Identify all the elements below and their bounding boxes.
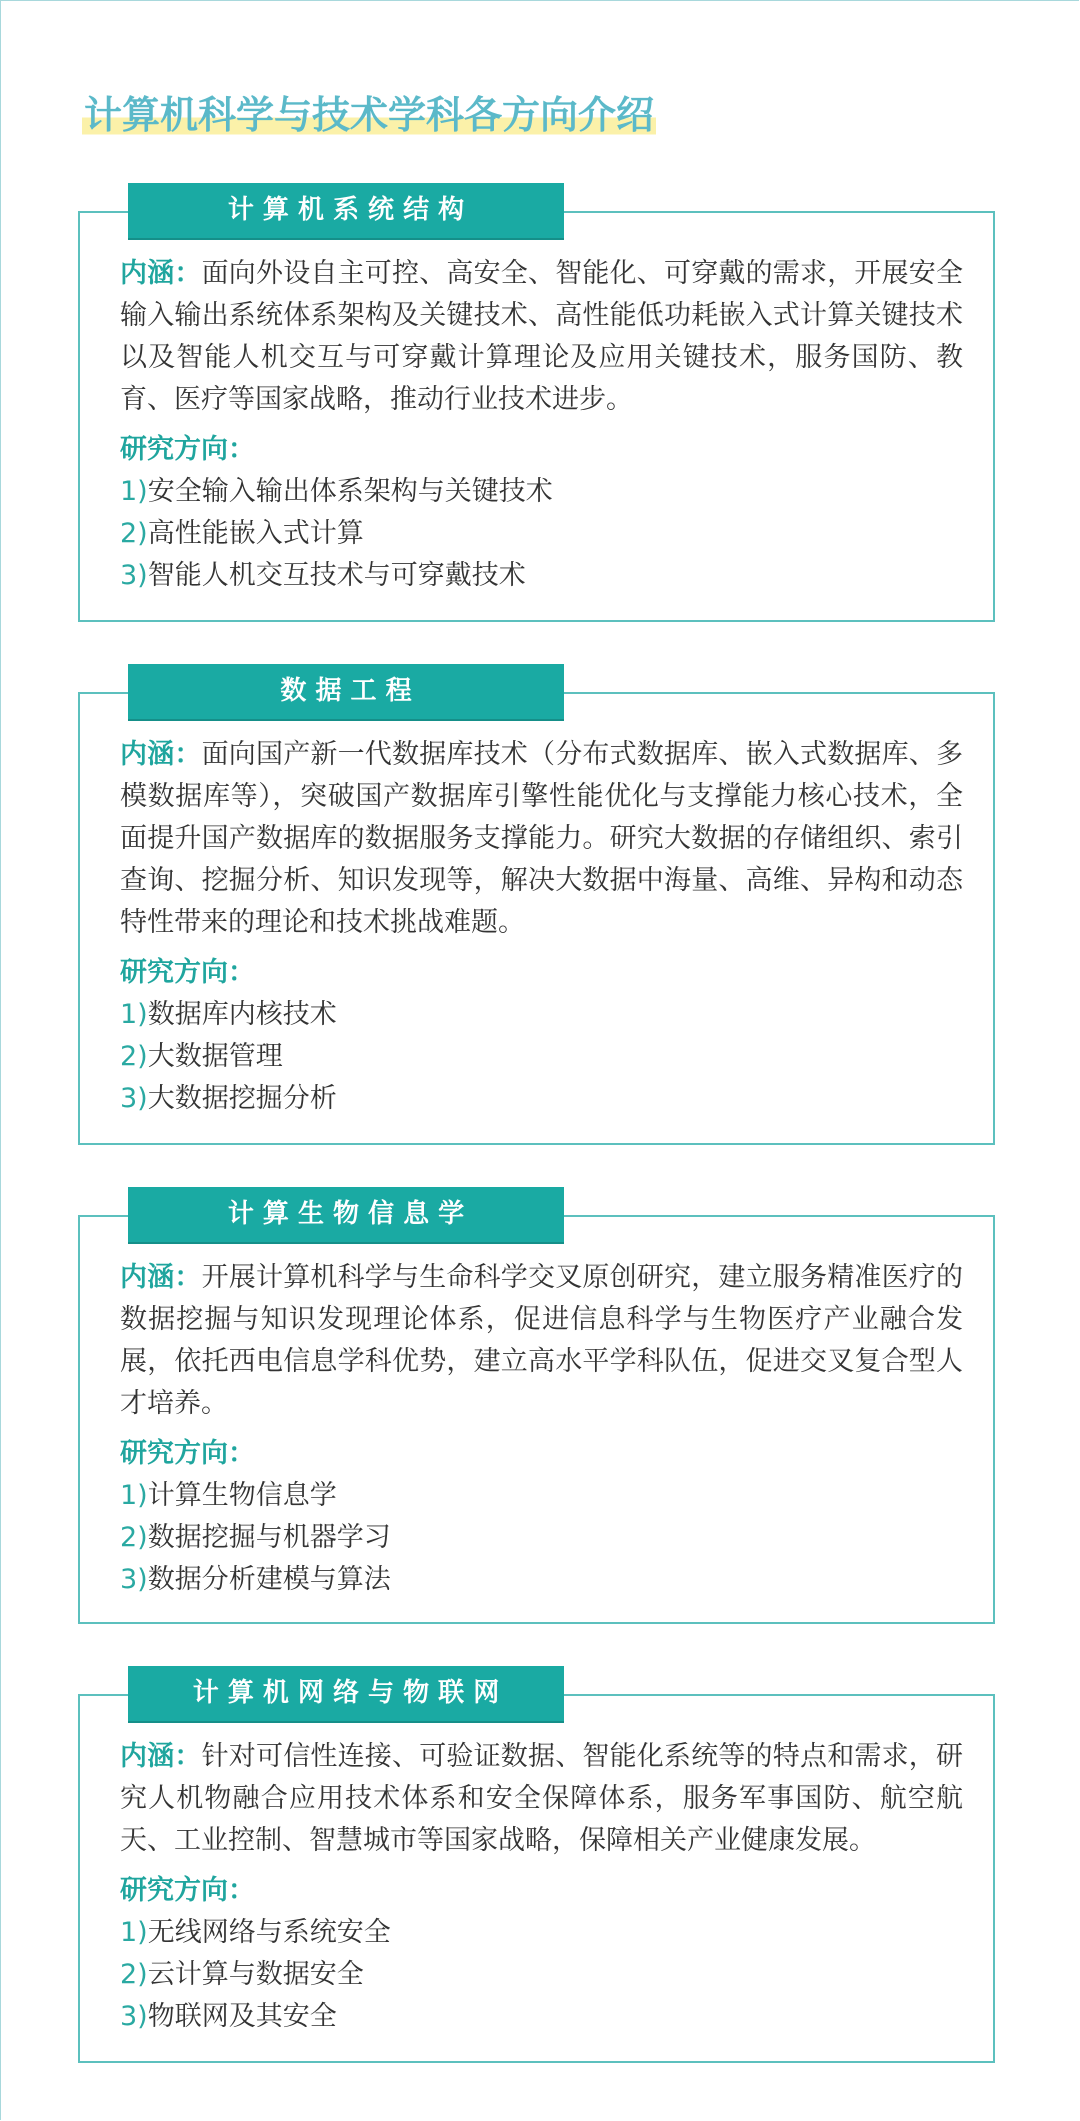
section-body: 内涵：开展计算机科学与生命科学交叉原创研究，建立服务精准医疗的数据挖掘与知识发现…	[120, 1257, 963, 1601]
direction-number: 2)	[120, 1959, 148, 1990]
direction-item: 3)数据分析建模与算法	[120, 1559, 963, 1601]
direction-item: 1)计算生物信息学	[120, 1475, 963, 1517]
connotation-label: 内涵：	[120, 739, 202, 770]
directions-list: 1)计算生物信息学 2)数据挖掘与机器学习 3)数据分析建模与算法	[120, 1475, 963, 1601]
direction-item: 2)数据挖掘与机器学习	[120, 1517, 963, 1559]
description-text: 开展计算机科学与生命科学交叉原创研究，建立服务精准医疗的数据挖掘与知识发现理论体…	[120, 1262, 963, 1419]
direction-number: 1)	[120, 1917, 148, 1948]
direction-item: 2)云计算与数据安全	[120, 1954, 963, 1996]
section-body: 内涵：面向外设自主可控、高安全、智能化、可穿戴的需求，开展安全输入输出系统体系架…	[120, 253, 963, 597]
connotation-label: 内涵：	[120, 1741, 202, 1772]
section-description: 内涵：面向国产新一代数据库技术（分布式数据库、嵌入式数据库、多模数据库等），突破…	[120, 734, 963, 944]
direction-number: 1)	[120, 1480, 148, 1511]
directions-list: 1)数据库内核技术 2)大数据管理 3)大数据挖掘分析	[120, 994, 963, 1120]
connotation-label: 内涵：	[120, 258, 202, 289]
direction-number: 3)	[120, 1083, 148, 1114]
direction-item: 1)安全输入输出体系架构与关键技术	[120, 471, 963, 513]
directions-list: 1)安全输入输出体系架构与关键技术 2)高性能嵌入式计算 3)智能人机交互技术与…	[120, 471, 963, 597]
section-heading: 计 算 机 系 统 结 构	[128, 183, 564, 238]
section-heading: 计 算 机 网 络 与 物 联 网	[128, 1666, 564, 1721]
direction-text: 无线网络与系统安全	[148, 1917, 391, 1948]
direction-number: 3)	[120, 1564, 148, 1595]
direction-item: 3)智能人机交互技术与可穿戴技术	[120, 555, 963, 597]
connotation-label: 内涵：	[120, 1262, 202, 1293]
directions-label: 研究方向：	[120, 429, 963, 471]
direction-item: 1)无线网络与系统安全	[120, 1912, 963, 1954]
section-card: 内涵：针对可信性连接、可验证数据、智能化系统等的特点和需求，研究人机物融合应用技…	[78, 1694, 995, 2063]
section-heading: 计 算 生 物 信 息 学	[128, 1187, 564, 1242]
section-card: 内涵：面向国产新一代数据库技术（分布式数据库、嵌入式数据库、多模数据库等），突破…	[78, 692, 995, 1145]
direction-text: 智能人机交互技术与可穿戴技术	[148, 560, 526, 591]
description-text: 面向国产新一代数据库技术（分布式数据库、嵌入式数据库、多模数据库等），突破国产数…	[120, 739, 963, 938]
section-description: 内涵：开展计算机科学与生命科学交叉原创研究，建立服务精准医疗的数据挖掘与知识发现…	[120, 1257, 963, 1425]
direction-item: 1)数据库内核技术	[120, 994, 963, 1036]
direction-text: 安全输入输出体系架构与关键技术	[148, 476, 553, 507]
direction-text: 大数据管理	[148, 1041, 283, 1072]
direction-text: 高性能嵌入式计算	[148, 518, 364, 549]
direction-number: 3)	[120, 2001, 148, 2032]
direction-item: 3)大数据挖掘分析	[120, 1078, 963, 1120]
page-title: 计算机科学与技术学科各方向介绍	[82, 92, 656, 138]
section-heading: 数 据 工 程	[128, 664, 564, 719]
directions-list: 1)无线网络与系统安全 2)云计算与数据安全 3)物联网及其安全	[120, 1912, 963, 2038]
direction-number: 3)	[120, 560, 148, 591]
direction-item: 2)高性能嵌入式计算	[120, 513, 963, 555]
direction-text: 大数据挖掘分析	[148, 1083, 337, 1114]
directions-label: 研究方向：	[120, 952, 963, 994]
description-text: 针对可信性连接、可验证数据、智能化系统等的特点和需求，研究人机物融合应用技术体系…	[120, 1741, 963, 1856]
section-body: 内涵：针对可信性连接、可验证数据、智能化系统等的特点和需求，研究人机物融合应用技…	[120, 1736, 963, 2038]
section-card: 内涵：开展计算机科学与生命科学交叉原创研究，建立服务精准医疗的数据挖掘与知识发现…	[78, 1215, 995, 1624]
direction-text: 云计算与数据安全	[148, 1959, 364, 1990]
section-description: 内涵：面向外设自主可控、高安全、智能化、可穿戴的需求，开展安全输入输出系统体系架…	[120, 253, 963, 421]
direction-text: 数据挖掘与机器学习	[148, 1522, 391, 1553]
direction-number: 2)	[120, 1522, 148, 1553]
direction-item: 2)大数据管理	[120, 1036, 963, 1078]
direction-text: 计算生物信息学	[148, 1480, 337, 1511]
section-description: 内涵：针对可信性连接、可验证数据、智能化系统等的特点和需求，研究人机物融合应用技…	[120, 1736, 963, 1862]
description-text: 面向外设自主可控、高安全、智能化、可穿戴的需求，开展安全输入输出系统体系架构及关…	[120, 258, 963, 415]
section-body: 内涵：面向国产新一代数据库技术（分布式数据库、嵌入式数据库、多模数据库等），突破…	[120, 734, 963, 1120]
direction-item: 3)物联网及其安全	[120, 1996, 963, 2038]
direction-number: 1)	[120, 476, 148, 507]
direction-number: 2)	[120, 518, 148, 549]
direction-number: 2)	[120, 1041, 148, 1072]
direction-text: 数据分析建模与算法	[148, 1564, 391, 1595]
direction-number: 1)	[120, 999, 148, 1030]
section-card: 内涵：面向外设自主可控、高安全、智能化、可穿戴的需求，开展安全输入输出系统体系架…	[78, 211, 995, 622]
directions-label: 研究方向：	[120, 1433, 963, 1475]
directions-label: 研究方向：	[120, 1870, 963, 1912]
direction-text: 数据库内核技术	[148, 999, 337, 1030]
direction-text: 物联网及其安全	[148, 2001, 337, 2032]
